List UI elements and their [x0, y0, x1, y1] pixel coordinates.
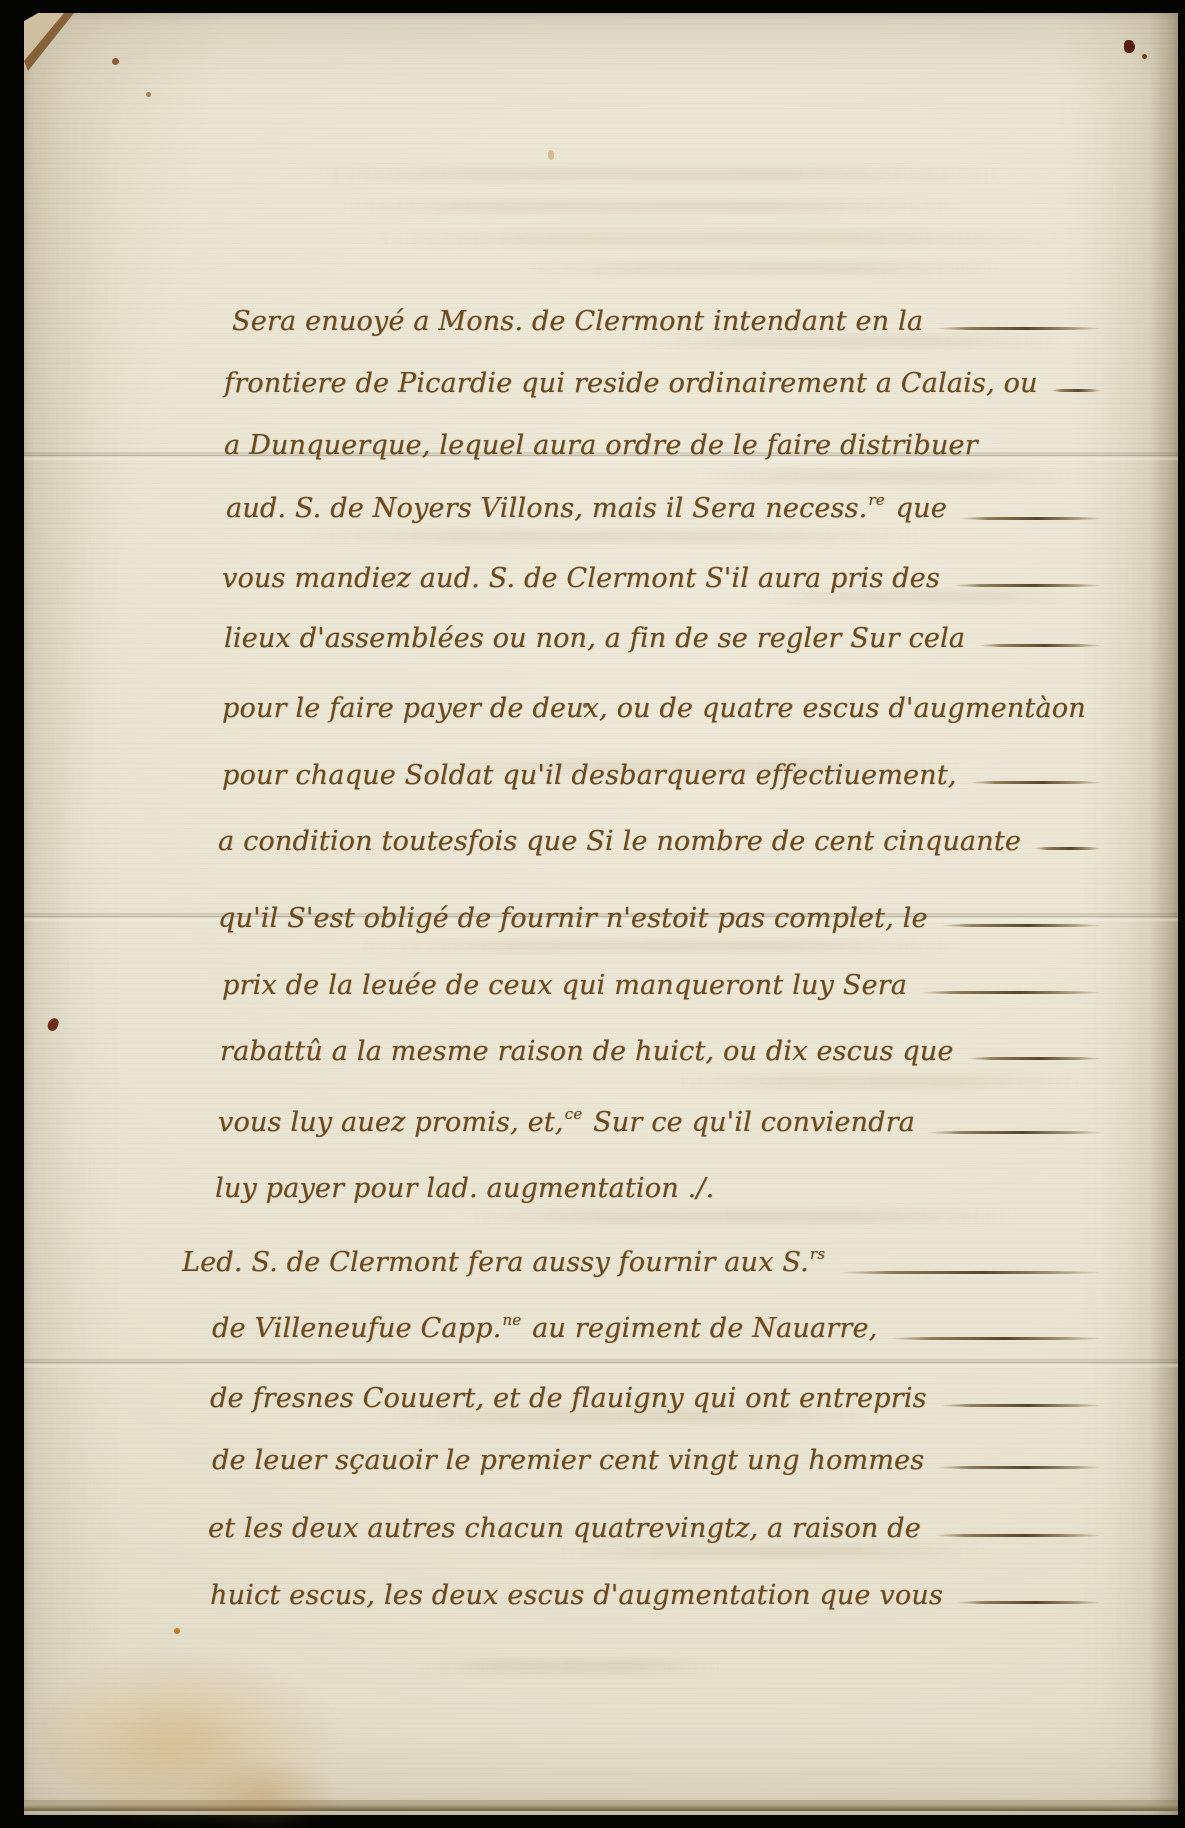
line-filler-dash [938, 1466, 1100, 1469]
manuscript-line-text: a Dunquerque, lequel aura ordre de le fa… [224, 423, 978, 469]
manuscript-line-text: Sera enuoyé a Mons. de Clermont intendan… [232, 299, 923, 345]
manuscript-line-text: frontiere de Picardie qui reside ordinai… [224, 361, 1038, 407]
manuscript-line: Led. S. de Clermont fera aussy fournir a… [182, 1243, 1108, 1289]
manuscript-line-text: et les deux autres chacun quatrevingtz, … [208, 1506, 921, 1552]
manuscript-line: vous luy auez promis, et,ce Sur ce qu'il… [218, 1103, 1108, 1149]
manuscript-line-text: prix de la leuée de ceux qui manqueront … [222, 963, 907, 1009]
manuscript-line-text: pour chaque Soldat qu'il desbarquera eff… [222, 753, 957, 799]
superscript-abbreviation: ne [502, 1297, 521, 1343]
manuscript-line-text: rabattû a la mesme raison de huict, ou d… [220, 1029, 954, 1075]
manuscript-line: rabattû a la mesme raison de huict, ou d… [220, 1029, 1108, 1075]
manuscript-line-text: lieux d'assemblées ou non, a fin de se r… [224, 616, 965, 662]
line-filler-dash [891, 1337, 1100, 1340]
manuscript-line: de Villeneufue Capp.ne au regiment de Na… [212, 1309, 1108, 1355]
line-filler-dash [929, 1131, 1100, 1134]
manuscript-line-text: vous mandiez aud. S. de Clermont S'il au… [222, 556, 940, 602]
manuscript-line: qu'il S'est obligé de fournir n'estoit p… [218, 896, 1108, 942]
superscript-abbreviation: re [868, 477, 884, 523]
superscript-abbreviation: rs [810, 1231, 825, 1277]
manuscript-line: vous mandiez aud. S. de Clermont S'il au… [222, 556, 1108, 602]
manuscript-line-text: pour le faire payer de deux, ou de quatr… [222, 686, 1086, 732]
line-filler-dash [961, 517, 1100, 520]
line-filler-dash [941, 1404, 1100, 1407]
manuscript-line: de leuer sçauoir le premier cent vingt u… [212, 1438, 1108, 1484]
line-filler-dash [957, 1601, 1100, 1604]
line-filler-dash [942, 924, 1100, 927]
superscript-abbreviation: ce [565, 1091, 583, 1137]
line-filler-dash [937, 327, 1100, 330]
manuscript-line: prix de la leuée de ceux qui manqueront … [222, 963, 1108, 1009]
manuscript-line: de fresnes Couuert, et de flauigny qui o… [210, 1376, 1108, 1422]
line-filler-dash [954, 584, 1100, 587]
scanned-manuscript-page: Sera enuoyé a Mons. de Clermont intendan… [0, 0, 1185, 1828]
manuscript-line: aud. S. de Noyers Villons, mais il Sera … [226, 489, 1108, 535]
manuscript-line-text: aud. S. de Noyers Villons, mais il Sera … [226, 486, 947, 535]
line-filler-dash [979, 644, 1100, 647]
manuscript-line: Sera enuoyé a Mons. de Clermont intendan… [232, 299, 1108, 345]
line-filler-dash [921, 991, 1100, 994]
manuscript-line-text: Led. S. de Clermont fera aussy fournir a… [182, 1240, 827, 1289]
manuscript-line: a condition toutesfois que Si le nombre … [218, 819, 1108, 865]
manuscript-line: et les deux autres chacun quatrevingtz, … [208, 1506, 1108, 1552]
manuscript-line: huict escus, les deux escus d'augmentati… [210, 1573, 1108, 1619]
line-filler-dash [971, 781, 1100, 784]
line-filler-dash [841, 1271, 1100, 1274]
manuscript-text: Sera enuoyé a Mons. de Clermont intendan… [0, 0, 1185, 1828]
manuscript-line: lieux d'assemblées ou non, a fin de se r… [224, 616, 1108, 662]
manuscript-line: pour chaque Soldat qu'il desbarquera eff… [222, 753, 1108, 799]
manuscript-line: pour le faire payer de deux, ou de quatr… [222, 686, 1108, 732]
manuscript-line-text: de leuer sçauoir le premier cent vingt u… [212, 1438, 924, 1484]
manuscript-line-text: huict escus, les deux escus d'augmentati… [210, 1573, 943, 1619]
line-filler-dash [935, 1534, 1100, 1537]
manuscript-line-text: qu'il S'est obligé de fournir n'estoit p… [218, 896, 928, 942]
line-filler-dash [1052, 389, 1100, 392]
manuscript-line-text: de fresnes Couuert, et de flauigny qui o… [210, 1376, 927, 1422]
manuscript-line-text: luy payer pour lad. augmentation ./. [215, 1166, 714, 1212]
line-filler-dash [968, 1057, 1100, 1060]
manuscript-line-text: de Villeneufue Capp.ne au regiment de Na… [212, 1306, 877, 1355]
manuscript-line: a Dunquerque, lequel aura ordre de le fa… [224, 423, 1108, 469]
manuscript-line: frontiere de Picardie qui reside ordinai… [224, 361, 1108, 407]
line-filler-dash [1035, 847, 1100, 850]
manuscript-line-text: a condition toutesfois que Si le nombre … [218, 819, 1021, 865]
manuscript-line: luy payer pour lad. augmentation ./. [215, 1166, 1108, 1212]
manuscript-line-text: vous luy auez promis, et,ce Sur ce qu'il… [218, 1100, 915, 1149]
